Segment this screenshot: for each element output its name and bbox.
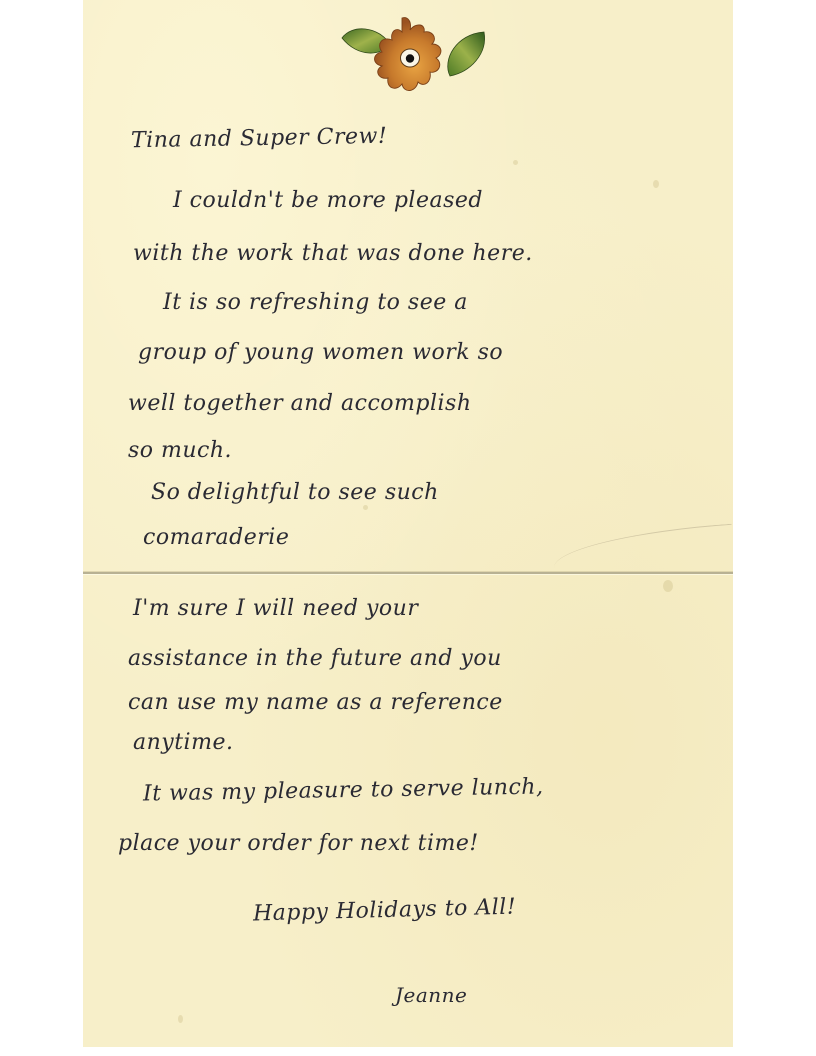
paper-stain [663,580,673,592]
paper-stain [178,1015,183,1023]
note-line: It is so refreshing to see a [163,292,468,314]
note-line: So delightful to see such [151,482,439,504]
note-card: Tina and Super Crew! I couldn't be more … [83,0,733,1047]
paper-stain [513,160,518,165]
note-line: can use my name as a reference [128,692,503,714]
note-line: place your order for next time! [118,833,479,855]
note-line: well together and accomplish [128,393,471,415]
note-line: assistance in the future and you [128,648,502,670]
note-line: I couldn't be more pleased [173,190,483,212]
note-line: It was my pleasure to serve lunch, [143,777,544,806]
paper-stain [363,505,368,510]
note-line: group of young women work so [138,342,503,364]
signature: Jeanne [395,985,467,1005]
greeting: Tina and Super Crew! [131,126,388,152]
paper-crease [552,524,734,567]
note-line: with the work that was done here. [133,243,533,265]
note-line: so much. [128,440,232,462]
flower-with-leaves-icon [338,14,488,104]
paper-stain [653,180,659,188]
closing-line: Happy Holidays to All! [253,897,517,926]
note-line: anytime. [133,732,233,754]
note-line: comaraderie [143,527,289,549]
card-fold-line [83,572,733,574]
note-line: I'm sure I will need your [133,598,418,620]
